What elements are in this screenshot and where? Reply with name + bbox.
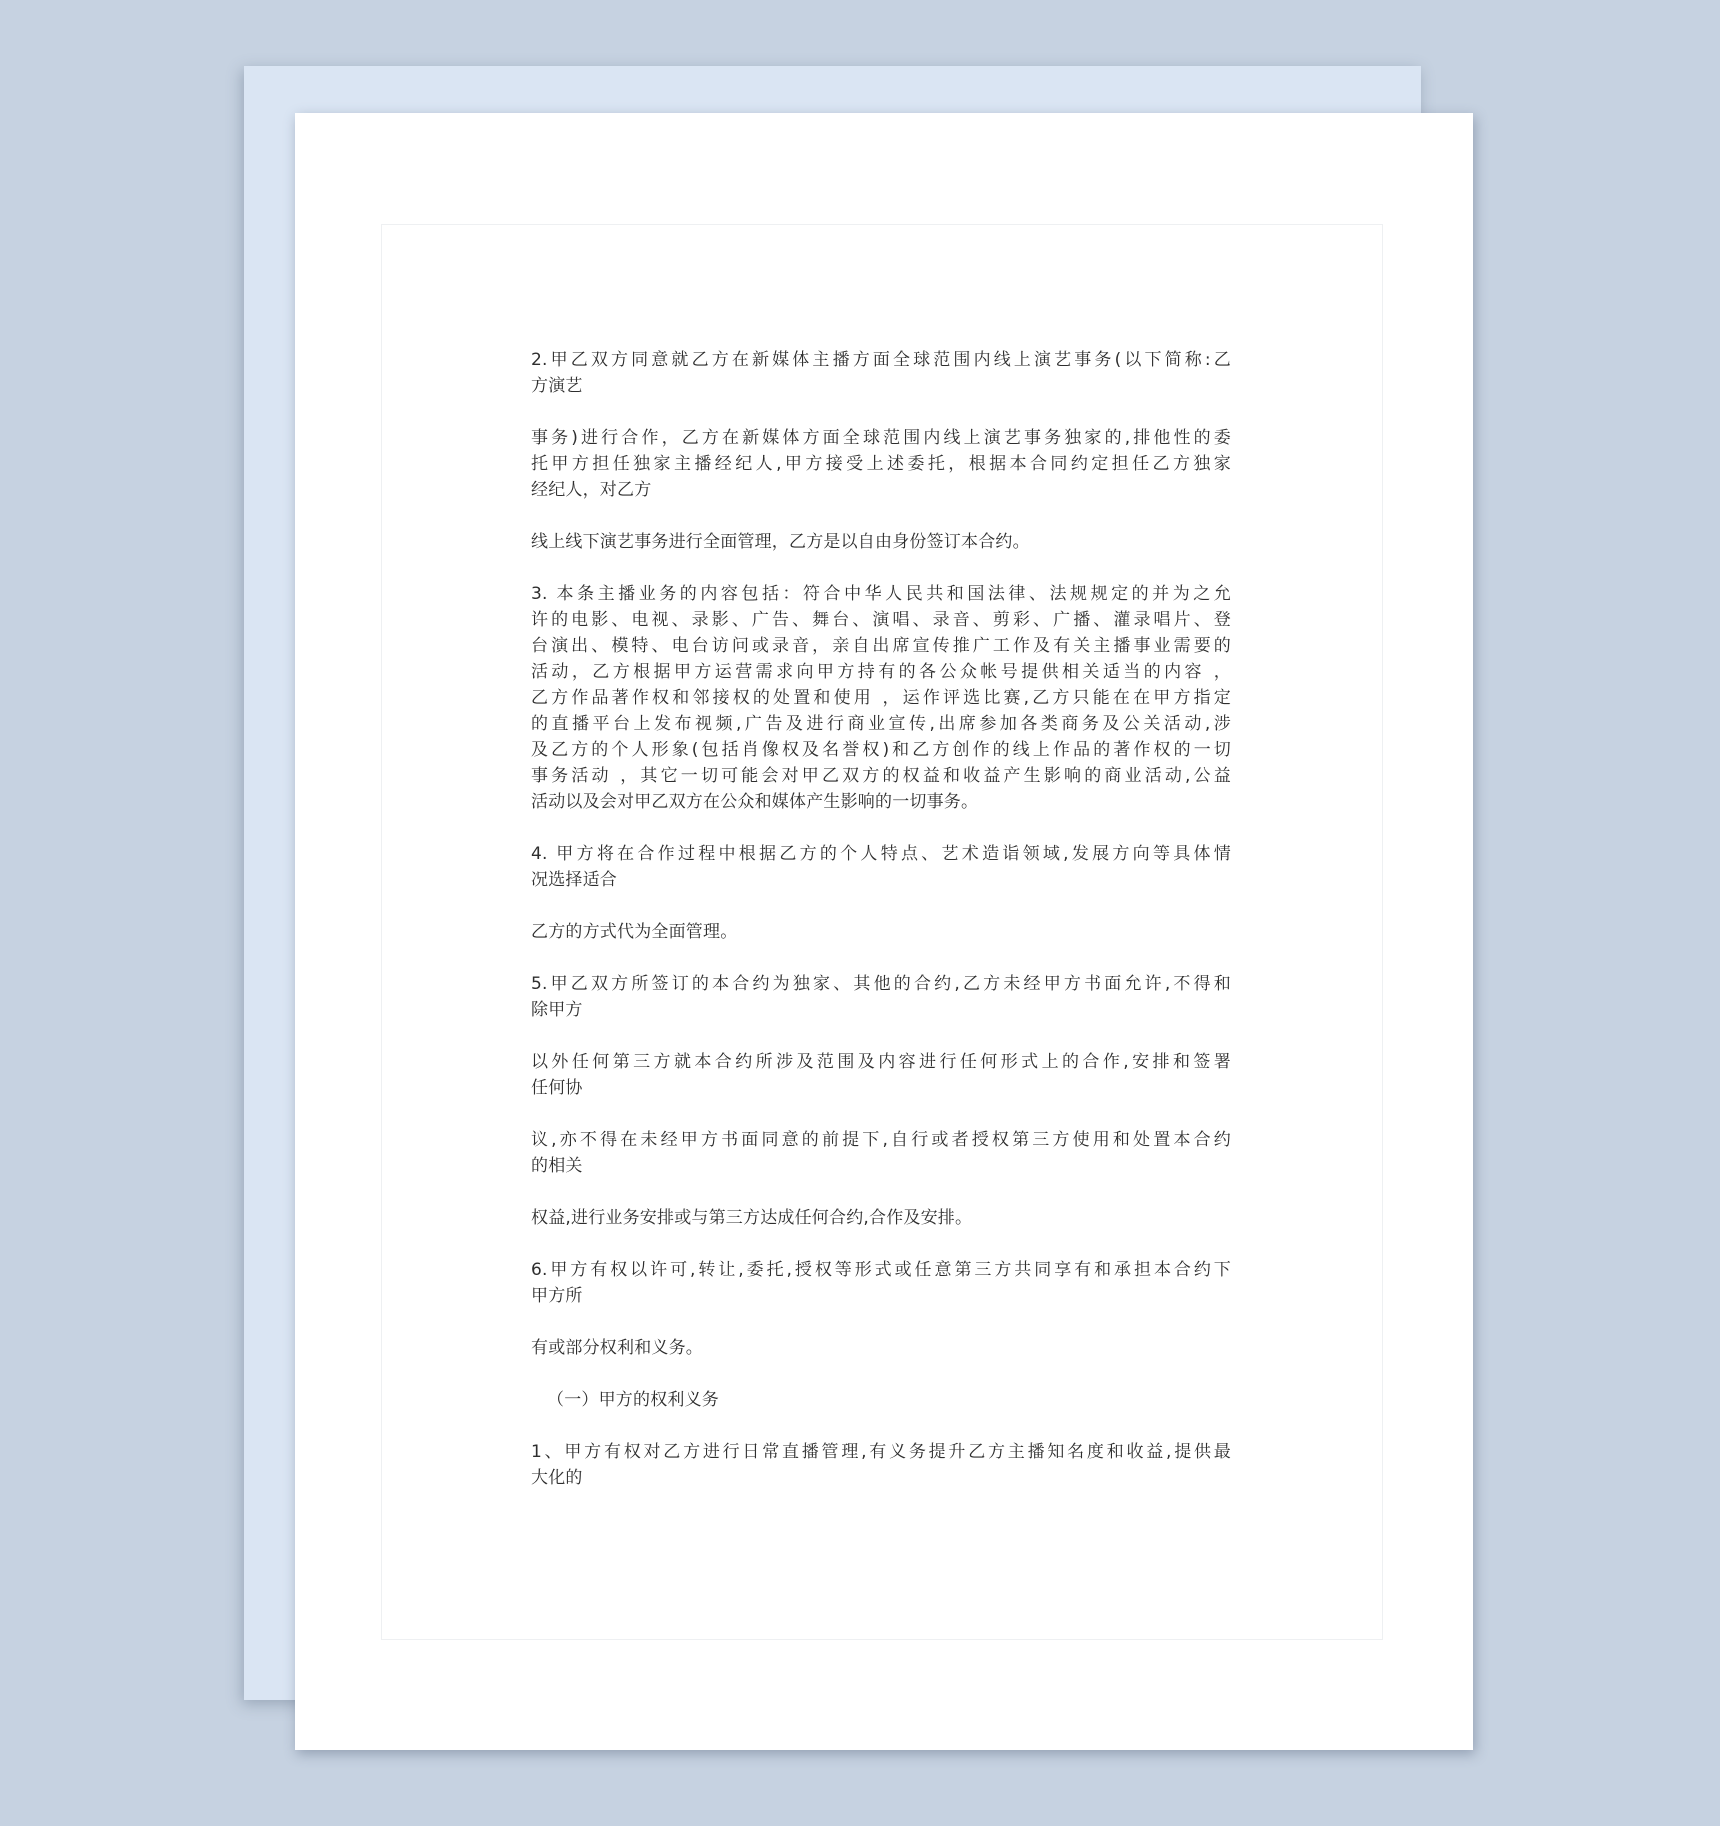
paragraph-clause-2-intro: 2.甲乙双方同意就乙方在新媒体主播方面全球范围内线上演艺事务(以下简称:乙 方演… [531,347,1231,399]
text-line: 甲方所 [531,1283,1231,1309]
text-line: 活动以及会对甲乙双方在公众和媒体产生影响的一切事务。 [531,789,1231,815]
document-body: 2.甲乙双方同意就乙方在新媒体主播方面全球范围内线上演艺事务(以下简称:乙 方演… [531,347,1231,1517]
paragraph-clause-2-end: 线上线下演艺事务进行全面管理，乙方是以自由身份签订本合约。 [531,529,1231,555]
text-line: 方演艺 [531,373,1231,399]
text-line: 许的电影、电视、录影、广告、舞台、演唱、录音、剪彩、广播、灌录唱片、登 [531,607,1231,633]
text-line: 大化的 [531,1465,1231,1491]
text-line: 议,亦不得在未经甲方书面同意的前提下,自行或者授权第三方使用和处置本合约 [531,1127,1231,1153]
paragraph-clause-2-cont: 事务)进行合作，乙方在新媒体方面全球范围内线上演艺事务独家的,排他性的委 托甲方… [531,425,1231,503]
text-line: 乙方的方式代为全面管理。 [531,919,1231,945]
text-line: 1、甲方有权对乙方进行日常直播管理,有义务提升乙方主播知名度和收益,提供最 [531,1439,1231,1465]
text-line: 2.甲乙双方同意就乙方在新媒体主播方面全球范围内线上演艺事务(以下简称:乙 [531,347,1231,373]
section-heading-party-a-rights: （一）甲方的权利义务 [531,1387,1231,1413]
text-line: 3. 本条主播业务的内容包括：符合中华人民共和国法律、法规规定的并为之允 [531,581,1231,607]
text-line: 及乙方的个人形象(包括肖像权及名誉权)和乙方创作的线上作品的著作权的一切 [531,737,1231,763]
paragraph-clause-6-end: 有或部分权利和义务。 [531,1335,1231,1361]
text-line: 的直播平台上发布视频,广告及进行商业宣传,出席参加各类商务及公关活动,涉 [531,711,1231,737]
paragraph-clause-5-cont-1: 以外任何第三方就本合约所涉及范围及内容进行任何形式上的合作,安排和签署 任何协 [531,1049,1231,1101]
text-line: 除甲方 [531,997,1231,1023]
paragraph-clause-5-cont-2: 议,亦不得在未经甲方书面同意的前提下,自行或者授权第三方使用和处置本合约 的相关 [531,1127,1231,1179]
text-line: 经纪人，对乙方 [531,477,1231,503]
text-line: 权益,进行业务安排或与第三方达成任何合约,合作及安排。 [531,1205,1231,1231]
paragraph-clause-6: 6.甲方有权以许可,转让,委托,授权等形式或任意第三方共同享有和承担本合约下 甲… [531,1257,1231,1309]
text-line: 活动，乙方根据甲方运营需求向甲方持有的各公众帐号提供相关适当的内容 ， [531,659,1231,685]
text-line: 的相关 [531,1153,1231,1179]
text-line: 事务活动 ，其它一切可能会对甲乙双方的权益和收益产生影响的商业活动,公益 [531,763,1231,789]
text-line: 有或部分权利和义务。 [531,1335,1231,1361]
paragraph-clause-4: 4. 甲方将在合作过程中根据乙方的个人特点、艺术造诣领域,发展方向等具体情 况选… [531,841,1231,893]
text-line: 以外任何第三方就本合约所涉及范围及内容进行任何形式上的合作,安排和签署 [531,1049,1231,1075]
text-line: 托甲方担任独家主播经纪人,甲方接受上述委托，根据本合同约定担任乙方独家 [531,451,1231,477]
text-line: 台演出、模特、电台访问或录音，亲自出席宣传推广工作及有关主播事业需要的 [531,633,1231,659]
document-page: 2.甲乙双方同意就乙方在新媒体主播方面全球范围内线上演艺事务(以下简称:乙 方演… [295,113,1473,1750]
text-line: 况选择适合 [531,867,1231,893]
text-line: 6.甲方有权以许可,转让,委托,授权等形式或任意第三方共同享有和承担本合约下 [531,1257,1231,1283]
paragraph-party-a-item-1: 1、甲方有权对乙方进行日常直播管理,有义务提升乙方主播知名度和收益,提供最 大化… [531,1439,1231,1491]
heading-text: （一）甲方的权利义务 [547,1387,1231,1413]
paragraph-clause-5-end: 权益,进行业务安排或与第三方达成任何合约,合作及安排。 [531,1205,1231,1231]
text-line: 线上线下演艺事务进行全面管理，乙方是以自由身份签订本合约。 [531,529,1231,555]
text-line: 5.甲乙双方所签订的本合约为独家、其他的合约,乙方未经甲方书面允许,不得和 [531,971,1231,997]
text-line: 乙方作品著作权和邻接权的处置和使用 ，运作评选比赛,乙方只能在在甲方指定 [531,685,1231,711]
paragraph-clause-3: 3. 本条主播业务的内容包括：符合中华人民共和国法律、法规规定的并为之允 许的电… [531,581,1231,815]
text-line: 4. 甲方将在合作过程中根据乙方的个人特点、艺术造诣领域,发展方向等具体情 [531,841,1231,867]
text-line: 事务)进行合作，乙方在新媒体方面全球范围内线上演艺事务独家的,排他性的委 [531,425,1231,451]
paragraph-clause-5: 5.甲乙双方所签订的本合约为独家、其他的合约,乙方未经甲方书面允许,不得和 除甲… [531,971,1231,1023]
paragraph-clause-4-end: 乙方的方式代为全面管理。 [531,919,1231,945]
text-line: 任何协 [531,1075,1231,1101]
